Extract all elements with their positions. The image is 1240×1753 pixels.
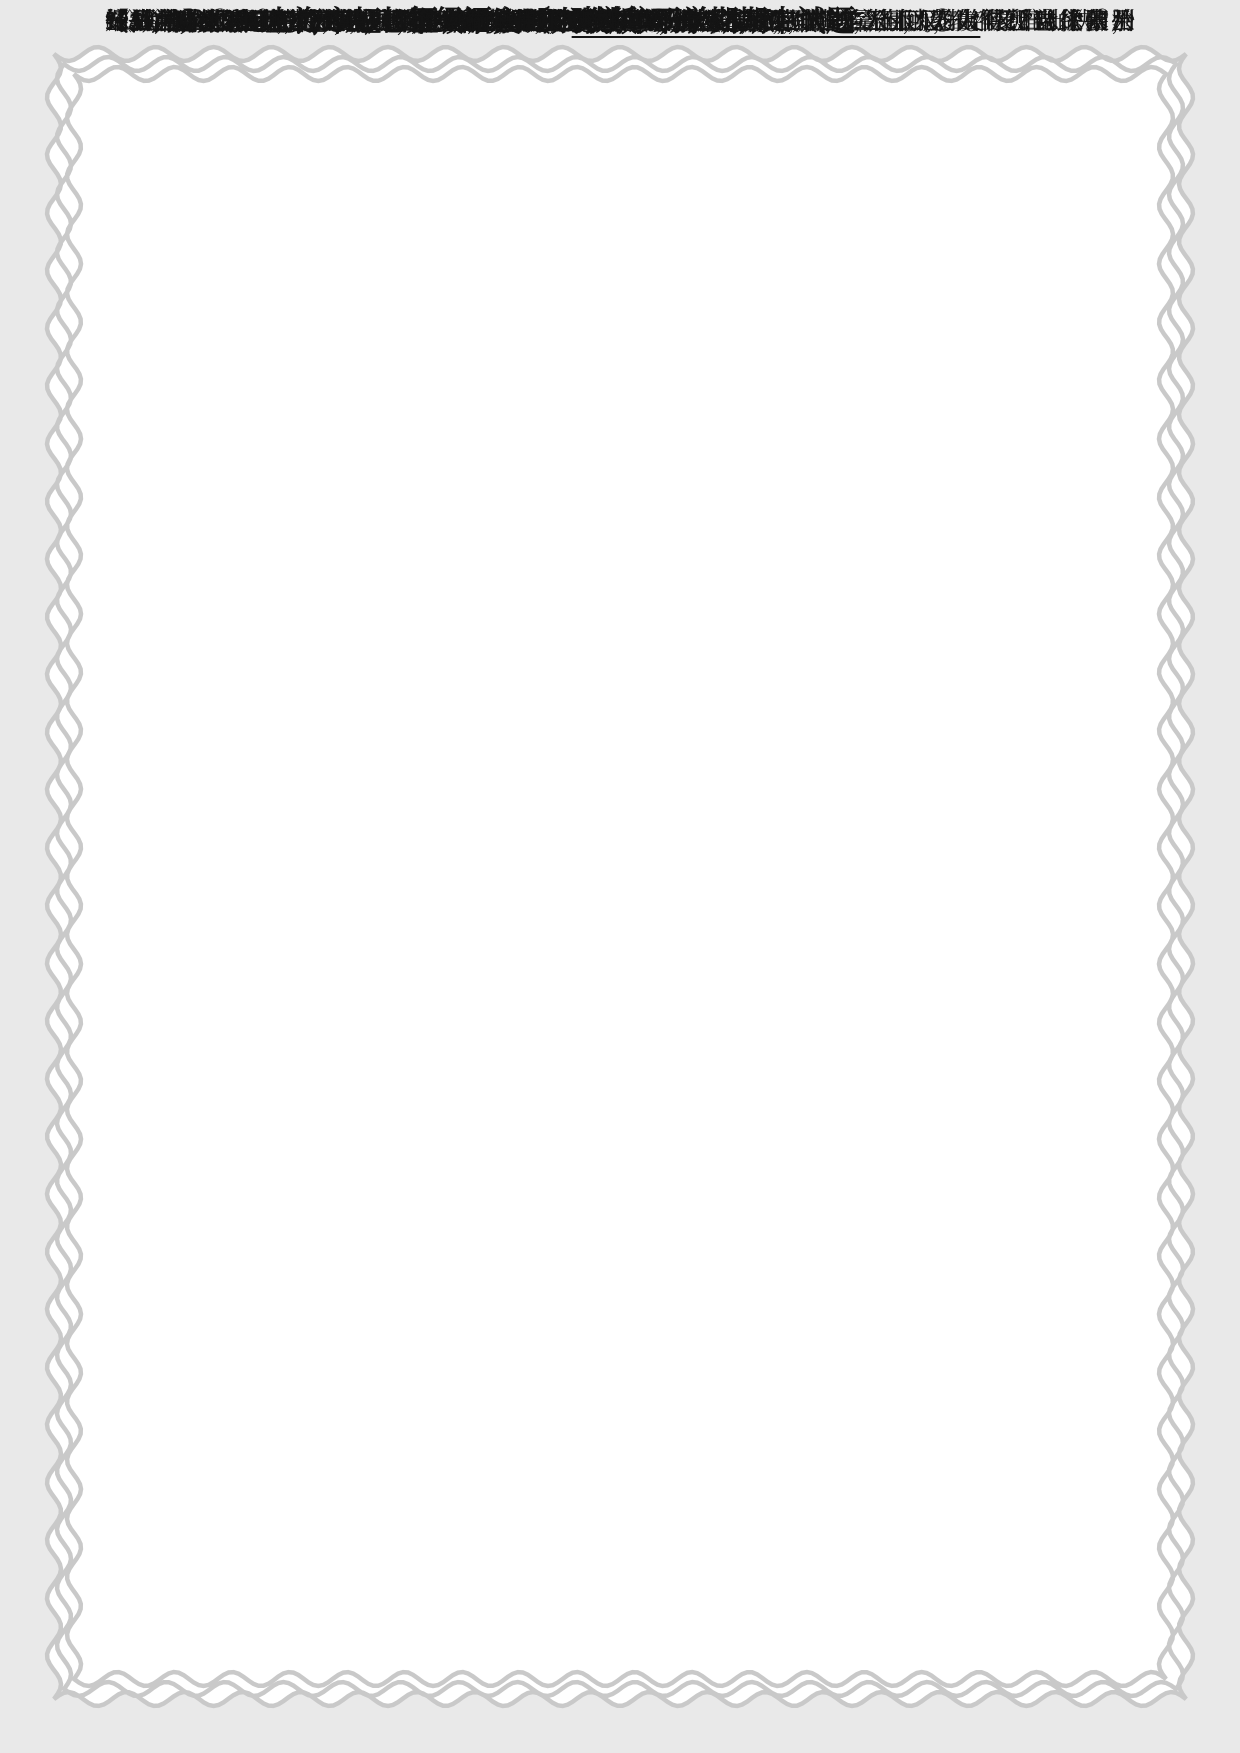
exam-content: 更多资源请登录王朝霞试卷网（www.wzxsjw.com） 上海市虹口区 202…	[0, 0, 1240, 1753]
exam-scan-page: { "page": { "header_note": "更多资源请登录王朝霞试卷…	[0, 0, 1240, 1753]
page-number: 第 1 页 共 7 页	[105, 0, 1135, 45]
